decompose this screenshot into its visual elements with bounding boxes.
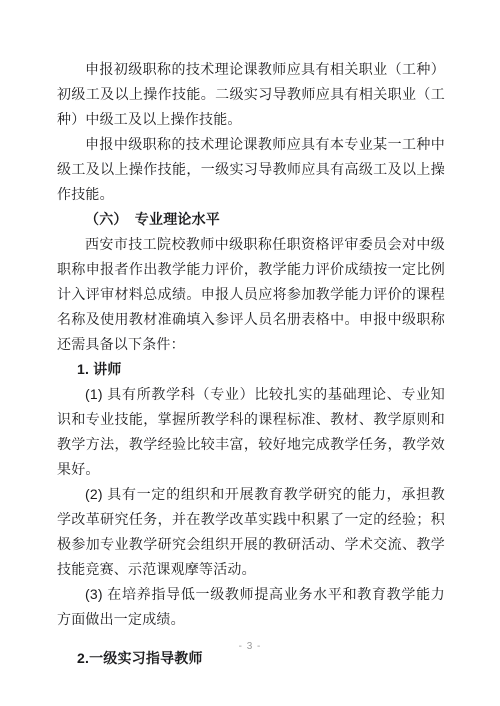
- paragraph: (1) 具有所教学科（专业）比较扎实的基础理论、专业知识和专业技能，掌握所教学科…: [57, 382, 445, 482]
- page-number: - 3 -: [0, 641, 500, 653]
- paragraph: 申报初级职称的技术理论课教师应具有相关职业（工种）初级工及以上操作技能。二级实习…: [57, 57, 445, 132]
- section-heading: （六） 专业理论水平: [57, 207, 445, 232]
- paragraph: 西安市技工院校教师中级职称任职资格评审委员会对中级职称申报者作出教学能力评价，教…: [57, 232, 445, 357]
- sub-heading: 1. 讲师: [57, 357, 445, 382]
- paragraph: 申报中级职称的技术理论课教师应具有本专业某一工种中级工及以上操作技能，一级实习导…: [57, 132, 445, 207]
- document-page: 申报初级职称的技术理论课教师应具有相关职业（工种）初级工及以上操作技能。二级实习…: [0, 0, 500, 706]
- paragraph: (3) 在培养指导低一级教师提高业务水平和教育教学能力方面做出一定成绩。: [57, 582, 445, 632]
- document-body: 申报初级职称的技术理论课教师应具有相关职业（工种）初级工及以上操作技能。二级实习…: [57, 57, 445, 671]
- paragraph: (2) 具有一定的组织和开展教育教学研究的能力，承担教学改革研究任务，并在教学改…: [57, 482, 445, 582]
